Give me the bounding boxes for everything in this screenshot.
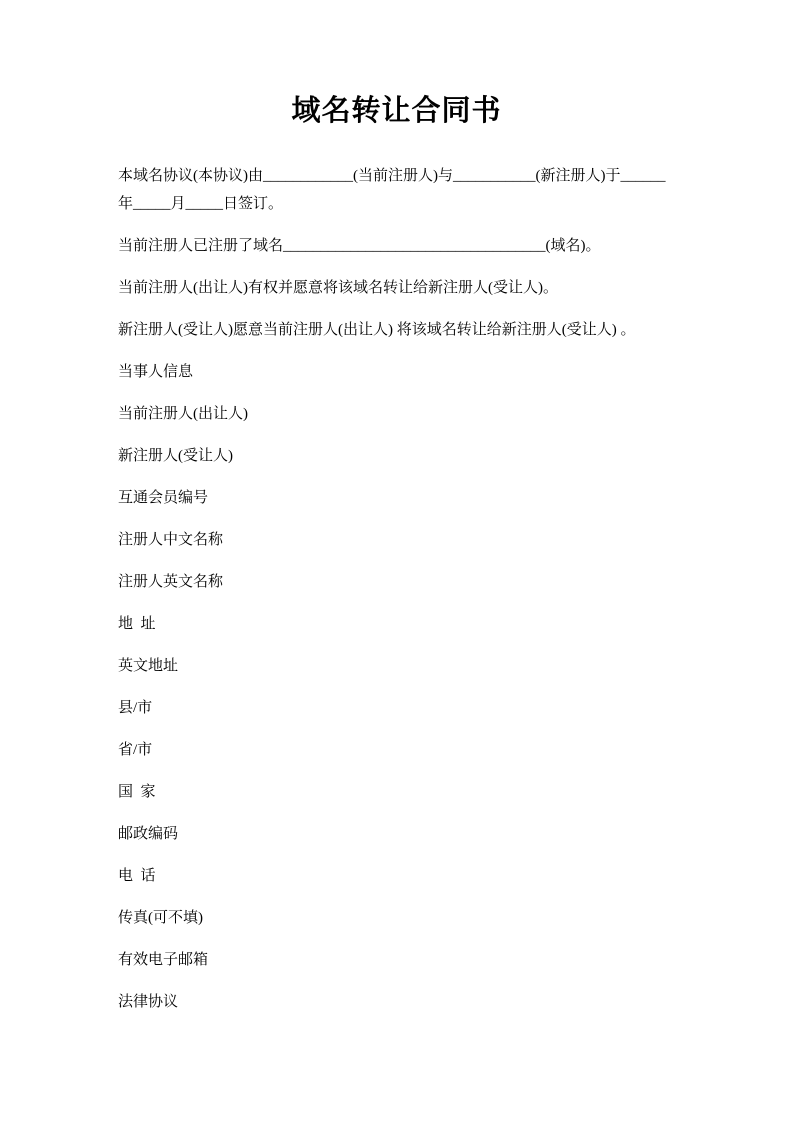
field-label-email: 有效电子邮箱 [118,946,675,974]
document-page: 域名转让合同书 本域名协议(本协议)由____________(当前注册人)与_… [0,0,793,1122]
document-title: 域名转让合同书 [118,89,675,133]
field-label-country: 国 家 [118,778,675,806]
paragraph-transferee-willing: 新注册人(受让人)愿意当前注册人(出让人) 将该域名转让给新注册人(受让人) 。 [118,316,675,344]
section-label-party-info: 当事人信息 [118,358,675,386]
field-label-current-registrant: 当前注册人(出让人) [118,400,675,428]
field-label-member-id: 互通会员编号 [118,484,675,512]
paragraph-agreement-intro: 本域名协议(本协议)由____________(当前注册人)与_________… [118,162,675,218]
field-label-registrant-chinese-name: 注册人中文名称 [118,526,675,554]
field-label-county-city: 县/市 [118,694,675,722]
field-label-english-address: 英文地址 [118,652,675,680]
field-label-legal-agreement: 法律协议 [118,988,675,1016]
field-label-address: 地 址 [118,610,675,638]
field-label-province-city: 省/市 [118,736,675,764]
field-label-registrant-english-name: 注册人英文名称 [118,568,675,596]
field-label-postal-code: 邮政编码 [118,820,675,848]
paragraph-domain-registered: 当前注册人已注册了域名_____________________________… [118,232,675,260]
paragraph-transferor-willing: 当前注册人(出让人)有权并愿意将该域名转让给新注册人(受让人)。 [118,274,675,302]
field-label-fax: 传真(可不填) [118,904,675,932]
field-label-phone: 电 话 [118,862,675,890]
field-label-new-registrant: 新注册人(受让人) [118,442,675,470]
